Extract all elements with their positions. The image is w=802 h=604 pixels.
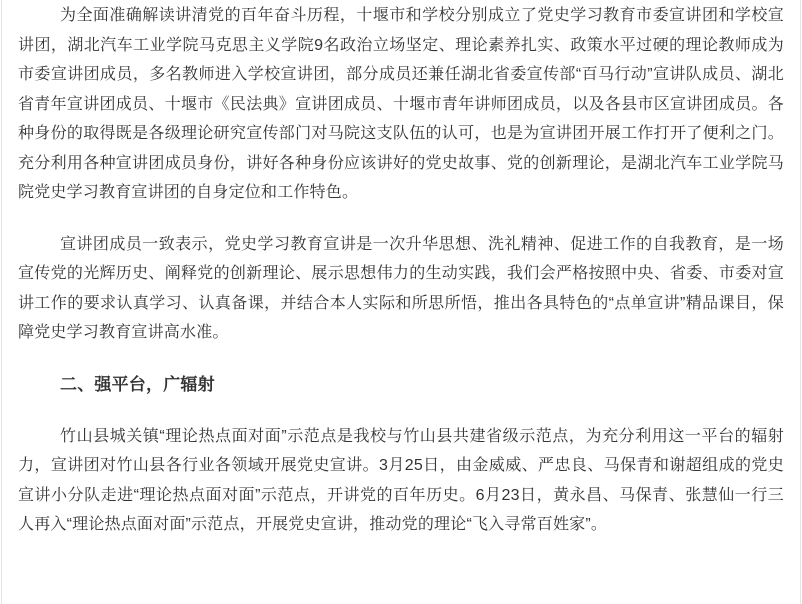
article-body: 为全面准确解读讲清党的百年奋斗历程，十堰市和学校分别成立了党史学习教育市委宣讲团… [1,0,801,604]
paragraph-zhushan-demo-site: 竹山县城关镇“理论热点面对面”示范点是我校与竹山县共建省级示范点，为充分利用这一… [18,422,784,540]
section-heading-strong-platform: 二、强平台，广辐射 [18,370,784,400]
paragraph-propaganda-team: 为全面准确解读讲清党的百年奋斗历程，十堰市和学校分别成立了党史学习教育市委宣讲团… [18,1,784,208]
paragraph-members-statement: 宣讲团成员一致表示，党史学习教育宣讲是一次升华思想、洗礼精神、促进工作的自我教育… [18,230,784,348]
